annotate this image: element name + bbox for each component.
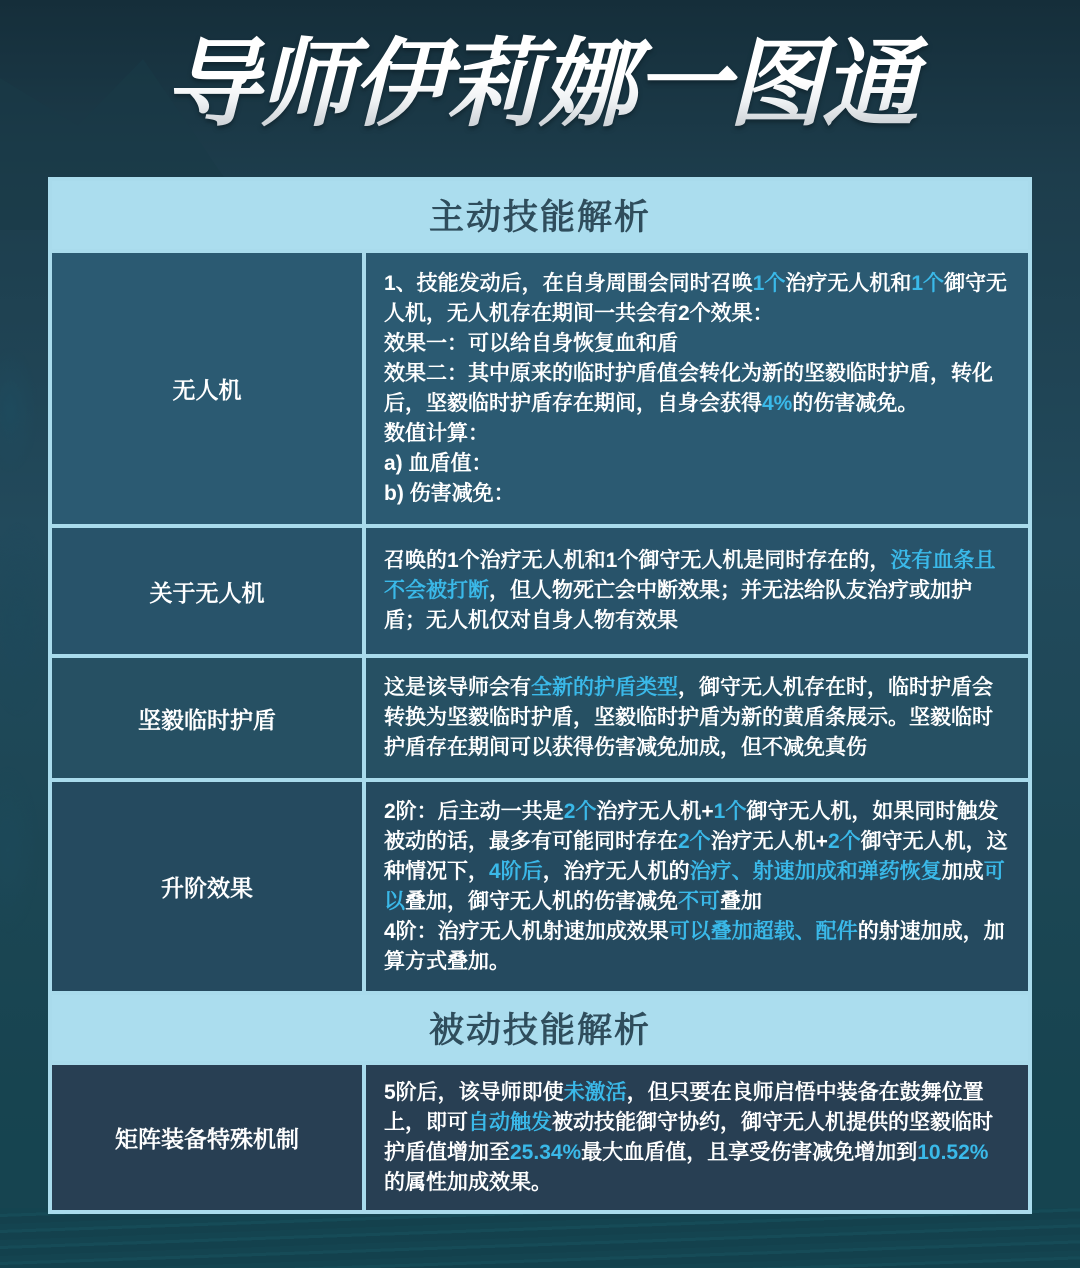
text-segment: 数值计算： bbox=[384, 422, 489, 445]
row-content-text: 2阶：后主动一共是2个治疗无人机+1个御守无人机，如果同时触发被动的话，最多有可… bbox=[384, 797, 1008, 977]
text-segment: 这是该导师会有 bbox=[384, 676, 531, 699]
page-title: 导师伊莉娜一图通 bbox=[0, 30, 1080, 140]
highlight-segment: 2个 bbox=[828, 830, 861, 853]
highlight-segment: 25.34% bbox=[510, 1141, 581, 1164]
row-content-text: 5阶后，该导师即使未激活，但只要在良师启悟中装备在鼓舞位置上，即可自动触发被动技… bbox=[384, 1078, 1008, 1198]
text-segment: 效果一：可以给自身恢复血和盾 bbox=[384, 332, 678, 355]
section-header: 被动技能解析 bbox=[52, 991, 1028, 1061]
highlight-segment: 2个 bbox=[678, 830, 711, 853]
section-header: 主动技能解析 bbox=[52, 181, 1028, 249]
text-segment: 叠加 bbox=[720, 890, 762, 913]
highlight-segment: 1个 bbox=[714, 800, 747, 823]
text-segment: 的属性加成效果。 bbox=[384, 1171, 552, 1194]
highlight-segment: 可以叠加超载、配件 bbox=[669, 920, 858, 943]
highlight-segment: 1个 bbox=[911, 272, 944, 295]
text-segment: 加成 bbox=[942, 860, 984, 883]
background-water bbox=[0, 1208, 1080, 1268]
text-segment: 最大血盾值，且享受伤害减免增加到 bbox=[581, 1141, 917, 1164]
row-content-text: 召唤的1个治疗无人机和1个御守无人机是同时存在的，没有血条且不会被打断，但人物死… bbox=[384, 546, 1008, 636]
highlight-segment: 4% bbox=[762, 392, 792, 415]
text-segment: 的伤害减免。 bbox=[792, 392, 918, 415]
text-segment: 治疗无人机+ bbox=[711, 830, 828, 853]
row-label: 关于无人机 bbox=[52, 528, 366, 654]
table-row: 关于无人机召唤的1个治疗无人机和1个御守无人机是同时存在的，没有血条且不会被打断… bbox=[52, 524, 1028, 654]
text-segment: 1、技能发动后，在自身周围会同时召唤 bbox=[384, 272, 753, 295]
text-segment: 5阶后，该导师即使 bbox=[384, 1081, 564, 1104]
table-row: 矩阵装备特殊机制5阶后，该导师即使未激活，但只要在良师启悟中装备在鼓舞位置上，即… bbox=[52, 1061, 1028, 1210]
row-label: 无人机 bbox=[52, 253, 366, 524]
text-segment: 治疗无人机和 bbox=[785, 272, 911, 295]
text-segment: 叠加，御守无人机的伤害减免 bbox=[405, 890, 678, 913]
row-content: 召唤的1个治疗无人机和1个御守无人机是同时存在的，没有血条且不会被打断，但人物死… bbox=[366, 528, 1028, 654]
table-row: 升阶效果2阶：后主动一共是2个治疗无人机+1个御守无人机，如果同时触发被动的话，… bbox=[52, 778, 1028, 991]
text-segment: 治疗无人机+ bbox=[596, 800, 713, 823]
text-segment: 4阶：治疗无人机射速加成效果 bbox=[384, 920, 669, 943]
text-segment: a) 血盾值： bbox=[384, 452, 493, 475]
skills-table: 主动技能解析无人机1、技能发动后，在自身周围会同时召唤1个治疗无人机和1个御守无… bbox=[48, 177, 1032, 1214]
highlight-segment: 全新的护盾类型 bbox=[531, 676, 678, 699]
row-label: 矩阵装备特殊机制 bbox=[52, 1065, 366, 1210]
row-content: 2阶：后主动一共是2个治疗无人机+1个御守无人机，如果同时触发被动的话，最多有可… bbox=[366, 782, 1028, 991]
row-content: 5阶后，该导师即使未激活，但只要在良师启悟中装备在鼓舞位置上，即可自动触发被动技… bbox=[366, 1065, 1028, 1210]
text-segment: 召唤的1个治疗无人机和1个御守无人机是同时存在的， bbox=[384, 549, 890, 572]
row-content: 1、技能发动后，在自身周围会同时召唤1个治疗无人机和1个御守无人机，无人机存在期… bbox=[366, 253, 1028, 524]
text-segment: ，治疗无人机的 bbox=[543, 860, 690, 883]
table-row: 无人机1、技能发动后，在自身周围会同时召唤1个治疗无人机和1个御守无人机，无人机… bbox=[52, 249, 1028, 524]
highlight-segment: 治疗、射速加成和弹药恢复 bbox=[690, 860, 942, 883]
highlight-segment: 1个 bbox=[753, 272, 786, 295]
text-segment: b) 伤害减免： bbox=[384, 482, 515, 505]
highlight-segment: 10.52% bbox=[917, 1141, 988, 1164]
row-content-text: 这是该导师会有全新的护盾类型，御守无人机存在时，临时护盾会转换为坚毅临时护盾，坚… bbox=[384, 673, 1008, 763]
highlight-segment: 未激活 bbox=[564, 1081, 627, 1104]
highlight-segment: 自动触发 bbox=[468, 1111, 552, 1134]
table-row: 坚毅临时护盾这是该导师会有全新的护盾类型，御守无人机存在时，临时护盾会转换为坚毅… bbox=[52, 654, 1028, 778]
row-label: 坚毅临时护盾 bbox=[52, 658, 366, 778]
highlight-segment: 4阶后 bbox=[489, 860, 543, 883]
highlight-segment: 2个 bbox=[564, 800, 597, 823]
row-label: 升阶效果 bbox=[52, 782, 366, 991]
highlight-segment: 不可 bbox=[678, 890, 720, 913]
row-content: 这是该导师会有全新的护盾类型，御守无人机存在时，临时护盾会转换为坚毅临时护盾，坚… bbox=[366, 658, 1028, 778]
text-segment: 2阶：后主动一共是 bbox=[384, 800, 564, 823]
row-content-text: 1、技能发动后，在自身周围会同时召唤1个治疗无人机和1个御守无人机，无人机存在期… bbox=[384, 269, 1008, 509]
background-character-art bbox=[0, 290, 48, 1010]
